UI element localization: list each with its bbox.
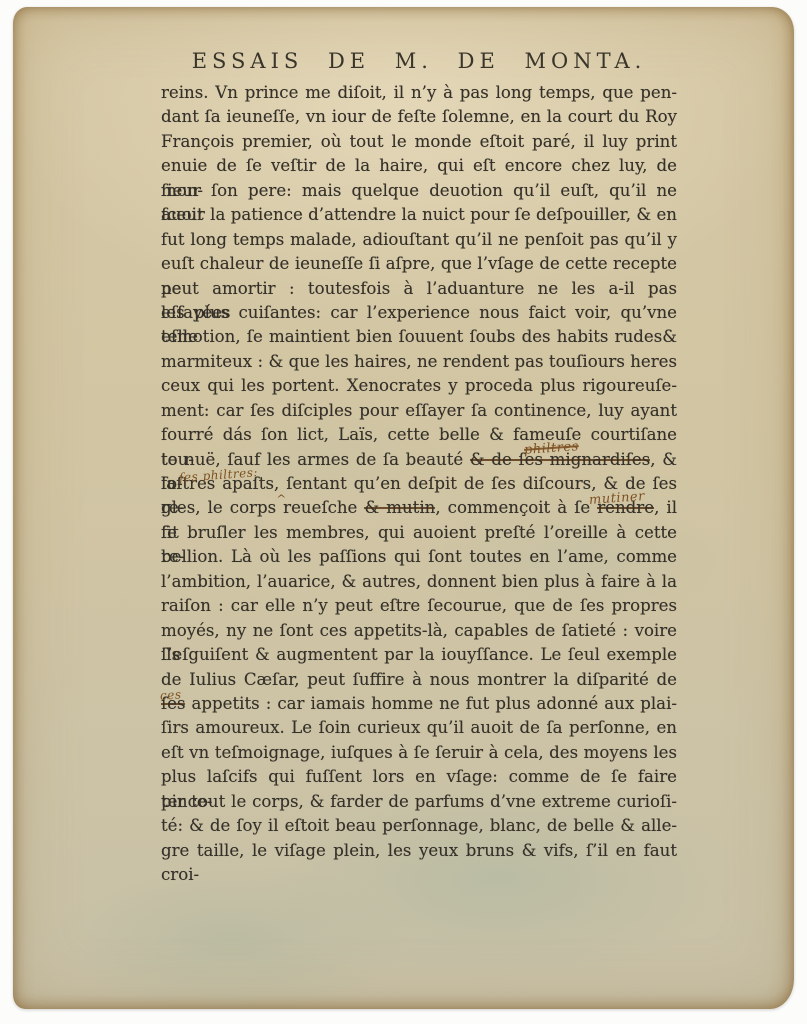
handwritten-annotation: ces xyxy=(160,688,182,701)
printed-text: l’ambition, l’auarice, & autres, donnent… xyxy=(161,572,677,591)
struck-text: ſesces xyxy=(161,694,185,713)
book-page: ESSAIS DE M. DE MONTA. reins. Vn prince … xyxy=(13,7,794,1009)
text-line: bellion. Là où les paſſions qui ſont tou… xyxy=(161,545,677,569)
text-line: ſ’eſguiſent & augmentent par la iouyſſan… xyxy=(161,643,677,667)
text-line: moyés, ny ne ſont ces appetits-là, capab… xyxy=(161,619,677,643)
text-line: fourré dás ſon lict, Laïs, cette belle &… xyxy=(161,423,677,447)
text-line: les plus cuiſantes: car l’experience nou… xyxy=(161,301,677,325)
text-line: ter tout le corps, & farder de parfums d… xyxy=(161,790,677,814)
printed-text: eſmotion, ſe maintient bien ſouuent ſoub… xyxy=(161,327,677,346)
text-block: reins. Vn prince me diſoit, il n’y à pas… xyxy=(161,81,677,863)
text-line: euſt chaleur de ieuneſſe ſi aſpre, que l… xyxy=(161,252,677,276)
text-line: ment: car ſes diſciples pour eſſayer ſa … xyxy=(161,399,677,423)
struck-text: rendremutiner xyxy=(597,498,654,517)
text-line: de Iulius Cæſar, peut ſuffire à nous mon… xyxy=(161,668,677,692)
text-line: gles, le corps reueſche & mutin, commenç… xyxy=(161,496,677,520)
printed-text: appetits : car iamais homme ne fut plus … xyxy=(185,694,677,713)
printed-text: gles, le corps reueſche xyxy=(161,498,364,517)
printed-text: ment: car ſes diſciples pour eſſayer ſa … xyxy=(161,401,677,420)
text-line: fit bruſler les membres, qui auoient pre… xyxy=(161,521,677,545)
printed-text: té: & de ſoy il eſtoit beau perſonnage, … xyxy=(161,816,677,835)
printed-text: bellion. Là où les paſſions qui ſont tou… xyxy=(161,547,677,566)
printed-text: fut long temps malade, adiouſtant qu’il … xyxy=(161,230,677,249)
text-line: ceux qui les portent. Xenocrates y proce… xyxy=(161,374,677,398)
printed-text: de Iulius Cæſar, peut ſuffire à nous mon… xyxy=(161,670,677,689)
text-line: plus laſcifs qui fuſſent lors en vſage: … xyxy=(161,765,677,789)
handwritten-annotation: mutiner xyxy=(589,490,646,507)
text-line: fut long temps malade, adiouſtant qu’il … xyxy=(161,228,677,252)
text-line: François premier, où tout le monde eſtoi… xyxy=(161,130,677,154)
text-line: eſmotion, ſe maintient bien ſouuent ſoub… xyxy=(161,325,677,349)
printed-text: ſirs amoureux. Le ſoin curieux qu’il auo… xyxy=(161,718,677,737)
printed-text: eſt vn teſmoignage, iuſques à ſe ſeruir … xyxy=(161,743,677,762)
printed-text: raiſon : car elle n’y peut eſtre ſecouru… xyxy=(161,596,677,615)
printed-text: reins. Vn prince me diſoit, il n’y à pas… xyxy=(161,83,677,102)
text-line: raiſon : car elle n’y peut eſtre ſecouru… xyxy=(161,594,677,618)
text-line: eſt vn teſmoignage, iuſques à ſe ſeruir … xyxy=(161,741,677,765)
handwritten-annotation: philtres xyxy=(524,440,580,457)
text-line: té: & de ſoy il eſtoit beau perſonnage, … xyxy=(161,814,677,838)
printed-text: dant ſa ieuneſſe, vn iour de feſte ſolem… xyxy=(161,107,677,126)
printed-text: auoir la patience d’attendre la nuict po… xyxy=(161,205,677,224)
text-line: peut amortir : toutesfois à l’aduanture … xyxy=(161,277,677,301)
text-line: ſirs amoureux. Le ſoin curieux qu’il auo… xyxy=(161,716,677,740)
printed-text: gre taille, le viſage plein, les yeux br… xyxy=(161,841,677,884)
text-line: ſieur ſon pere: mais quelque deuotion qu… xyxy=(161,179,677,203)
text-line: ſesces appetits : car iamais homme ne fu… xyxy=(161,692,677,716)
text-line: dant ſa ieuneſſe, vn iour de feſte ſolem… xyxy=(161,105,677,129)
insert-caret-icon: ^ xyxy=(276,488,286,510)
printed-text: ſ’eſguiſent & augmentent par la iouyſſan… xyxy=(161,645,677,664)
text-line: gre taille, le viſage plein, les yeux br… xyxy=(161,839,677,863)
printed-text: te nuë, ſauf les armes de ſa beauté xyxy=(161,450,470,469)
running-title: ESSAIS DE M. DE MONTA. xyxy=(161,49,677,73)
struck-text: & mutin xyxy=(364,498,435,517)
printed-text: François premier, où tout le monde eſtoi… xyxy=(161,132,677,151)
text-line: auoir la patience d’attendre la nuict po… xyxy=(161,203,677,227)
printed-text: , commençoit à ſe xyxy=(435,498,597,517)
text-line: marmiteux : & que les haires, ne rendent… xyxy=(161,350,677,374)
text-line: reins. Vn prince me diſoit, il n’y à pas… xyxy=(161,81,677,105)
printed-text: marmiteux : & que les haires, ne rendent… xyxy=(161,352,677,371)
struck-text: & de ſes mignardiſesphiltres xyxy=(470,450,650,469)
text-line: enuie de ſe veſtir de la haire, qui eſt … xyxy=(161,154,677,178)
printed-text: ter tout le corps, & farder de parfums d… xyxy=(161,792,677,811)
printed-text: ceux qui les portent. Xenocrates y proce… xyxy=(161,376,677,395)
text-line: l’ambition, l’auarice, & autres, donnent… xyxy=(161,570,677,594)
